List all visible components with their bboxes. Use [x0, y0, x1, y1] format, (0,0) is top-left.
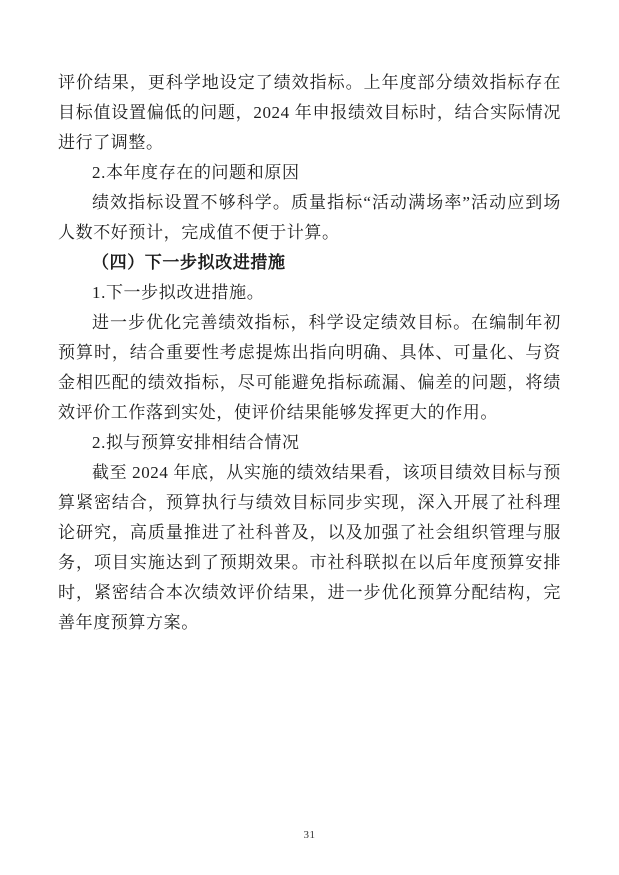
heading-improvement-measures: （四）下一步拟改进措施 — [58, 248, 561, 278]
paragraph-budget-detail: 截至 2024 年底，从实施的绩效结果看，该项目绩效目标与预算紧密结合，预算执行… — [58, 458, 561, 638]
paragraph-measures-detail: 进一步优化完善绩效指标，科学设定绩效目标。在编制年初预算时，结合重要性考虑提炼出… — [58, 308, 561, 428]
paragraph-problems-detail: 绩效指标设置不够科学。质量指标“活动满场率”活动应到场人数不好预计，完成值不便于… — [58, 188, 561, 248]
page-number: 31 — [0, 828, 619, 842]
subheading-next-step-measures: 1.下一步拟改进措施。 — [58, 278, 561, 308]
document-body: 评价结果，更科学地设定了绩效指标。上年度部分绩效指标存在目标值设置偏低的问题，2… — [58, 68, 561, 638]
paragraph-continuation: 评价结果，更科学地设定了绩效指标。上年度部分绩效指标存在目标值设置偏低的问题，2… — [58, 68, 561, 158]
subheading-problems-and-causes: 2.本年度存在的问题和原因 — [58, 158, 561, 188]
document-page: 评价结果，更科学地设定了绩效指标。上年度部分绩效指标存在目标值设置偏低的问题，2… — [0, 0, 619, 875]
subheading-budget-combination: 2.拟与预算安排相结合情况 — [58, 428, 561, 458]
